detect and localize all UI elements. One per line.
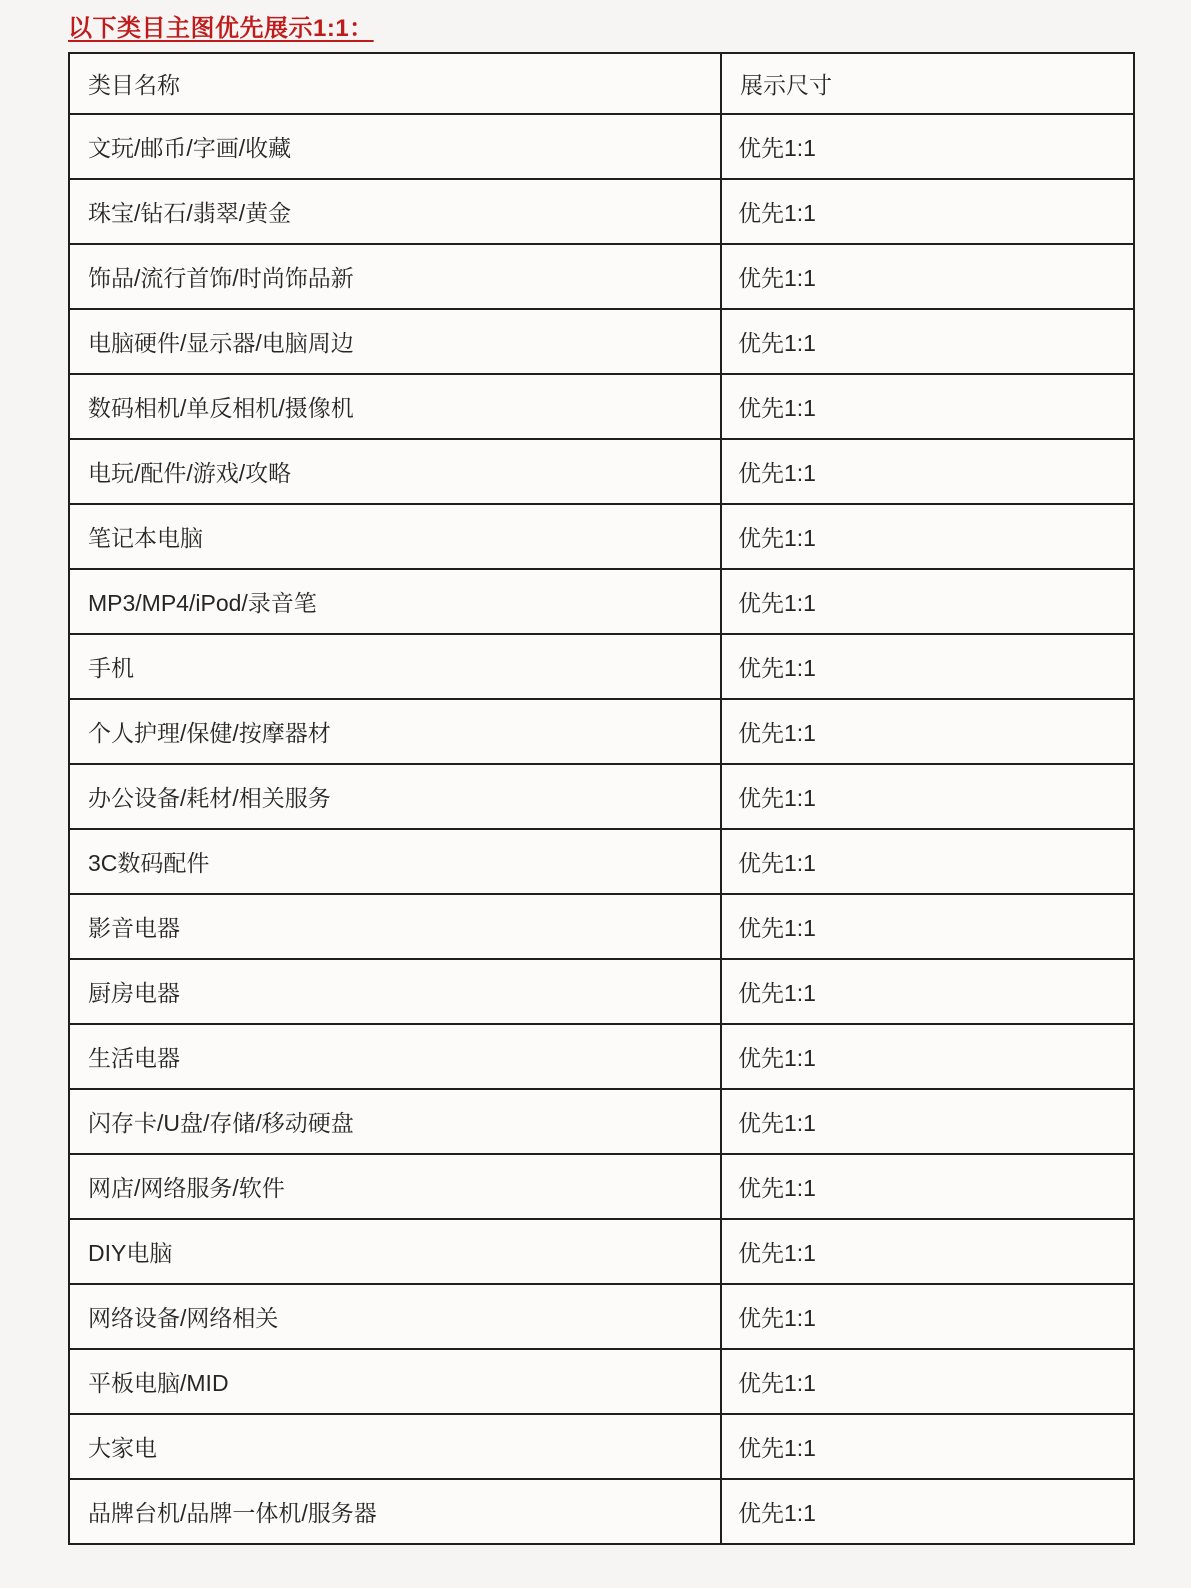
table-row: 笔记本电脑优先1:1 [69,504,1134,569]
category-cell: 大家电 [69,1414,721,1479]
size-cell: 优先1:1 [721,699,1134,764]
category-cell: 电脑硬件/显示器/电脑周边 [69,309,721,374]
size-cell: 优先1:1 [721,829,1134,894]
table-row: 大家电优先1:1 [69,1414,1134,1479]
category-cell: DIY电脑 [69,1219,721,1284]
table-row: 珠宝/钻石/翡翠/黄金优先1:1 [69,179,1134,244]
table-row: 数码相机/单反相机/摄像机优先1:1 [69,374,1134,439]
table-row: 平板电脑/MID优先1:1 [69,1349,1134,1414]
category-cell: 影音电器 [69,894,721,959]
table-row: 网店/网络服务/软件优先1:1 [69,1154,1134,1219]
header-row: 类目名称 展示尺寸 [69,53,1134,114]
table-row: 厨房电器优先1:1 [69,959,1134,1024]
table-row: 3C数码配件优先1:1 [69,829,1134,894]
size-cell: 优先1:1 [721,634,1134,699]
category-cell: 文玩/邮币/字画/收藏 [69,114,721,179]
size-cell: 优先1:1 [721,179,1134,244]
table-row: 个人护理/保健/按摩器材优先1:1 [69,699,1134,764]
column-header-category: 类目名称 [69,53,721,114]
table-row: 闪存卡/U盘/存储/移动硬盘优先1:1 [69,1089,1134,1154]
size-cell: 优先1:1 [721,1219,1134,1284]
size-cell: 优先1:1 [721,504,1134,569]
document-page: 以下类目主图优先展示1:1： 类目名称 展示尺寸 文玩/邮币/字画/收藏优先1:… [0,0,1191,1545]
size-cell: 优先1:1 [721,959,1134,1024]
table-row: 办公设备/耗材/相关服务优先1:1 [69,764,1134,829]
category-cell: 厨房电器 [69,959,721,1024]
size-cell: 优先1:1 [721,1024,1134,1089]
table-row: 电玩/配件/游戏/攻略优先1:1 [69,439,1134,504]
category-cell: 网店/网络服务/软件 [69,1154,721,1219]
category-cell: 手机 [69,634,721,699]
category-cell: 平板电脑/MID [69,1349,721,1414]
table-header: 类目名称 展示尺寸 [69,53,1134,114]
table-row: 影音电器优先1:1 [69,894,1134,959]
page-title: 以下类目主图优先展示1:1： [68,14,1191,44]
category-cell: 网络设备/网络相关 [69,1284,721,1349]
table-row: 手机优先1:1 [69,634,1134,699]
category-cell: 数码相机/单反相机/摄像机 [69,374,721,439]
size-cell: 优先1:1 [721,569,1134,634]
category-cell: 个人护理/保健/按摩器材 [69,699,721,764]
size-cell: 优先1:1 [721,1479,1134,1544]
category-cell: 电玩/配件/游戏/攻略 [69,439,721,504]
size-cell: 优先1:1 [721,374,1134,439]
category-cell: MP3/MP4/iPod/录音笔 [69,569,721,634]
size-cell: 优先1:1 [721,1154,1134,1219]
table-row: 饰品/流行首饰/时尚饰品新优先1:1 [69,244,1134,309]
table-row: MP3/MP4/iPod/录音笔优先1:1 [69,569,1134,634]
category-size-table: 类目名称 展示尺寸 文玩/邮币/字画/收藏优先1:1珠宝/钻石/翡翠/黄金优先1… [68,52,1135,1545]
size-cell: 优先1:1 [721,764,1134,829]
column-header-size: 展示尺寸 [721,53,1134,114]
category-cell: 3C数码配件 [69,829,721,894]
size-cell: 优先1:1 [721,1284,1134,1349]
table-row: 电脑硬件/显示器/电脑周边优先1:1 [69,309,1134,374]
size-cell: 优先1:1 [721,1349,1134,1414]
table-row: DIY电脑优先1:1 [69,1219,1134,1284]
category-cell: 品牌台机/品牌一体机/服务器 [69,1479,721,1544]
size-cell: 优先1:1 [721,439,1134,504]
category-cell: 生活电器 [69,1024,721,1089]
category-cell: 笔记本电脑 [69,504,721,569]
category-cell: 珠宝/钻石/翡翠/黄金 [69,179,721,244]
table-row: 网络设备/网络相关优先1:1 [69,1284,1134,1349]
category-cell: 办公设备/耗材/相关服务 [69,764,721,829]
size-cell: 优先1:1 [721,894,1134,959]
size-cell: 优先1:1 [721,1089,1134,1154]
category-cell: 饰品/流行首饰/时尚饰品新 [69,244,721,309]
size-cell: 优先1:1 [721,1414,1134,1479]
size-cell: 优先1:1 [721,244,1134,309]
table-row: 品牌台机/品牌一体机/服务器优先1:1 [69,1479,1134,1544]
size-cell: 优先1:1 [721,114,1134,179]
table-body: 文玩/邮币/字画/收藏优先1:1珠宝/钻石/翡翠/黄金优先1:1饰品/流行首饰/… [69,114,1134,1544]
table-row: 生活电器优先1:1 [69,1024,1134,1089]
table-row: 文玩/邮币/字画/收藏优先1:1 [69,114,1134,179]
category-cell: 闪存卡/U盘/存储/移动硬盘 [69,1089,721,1154]
size-cell: 优先1:1 [721,309,1134,374]
